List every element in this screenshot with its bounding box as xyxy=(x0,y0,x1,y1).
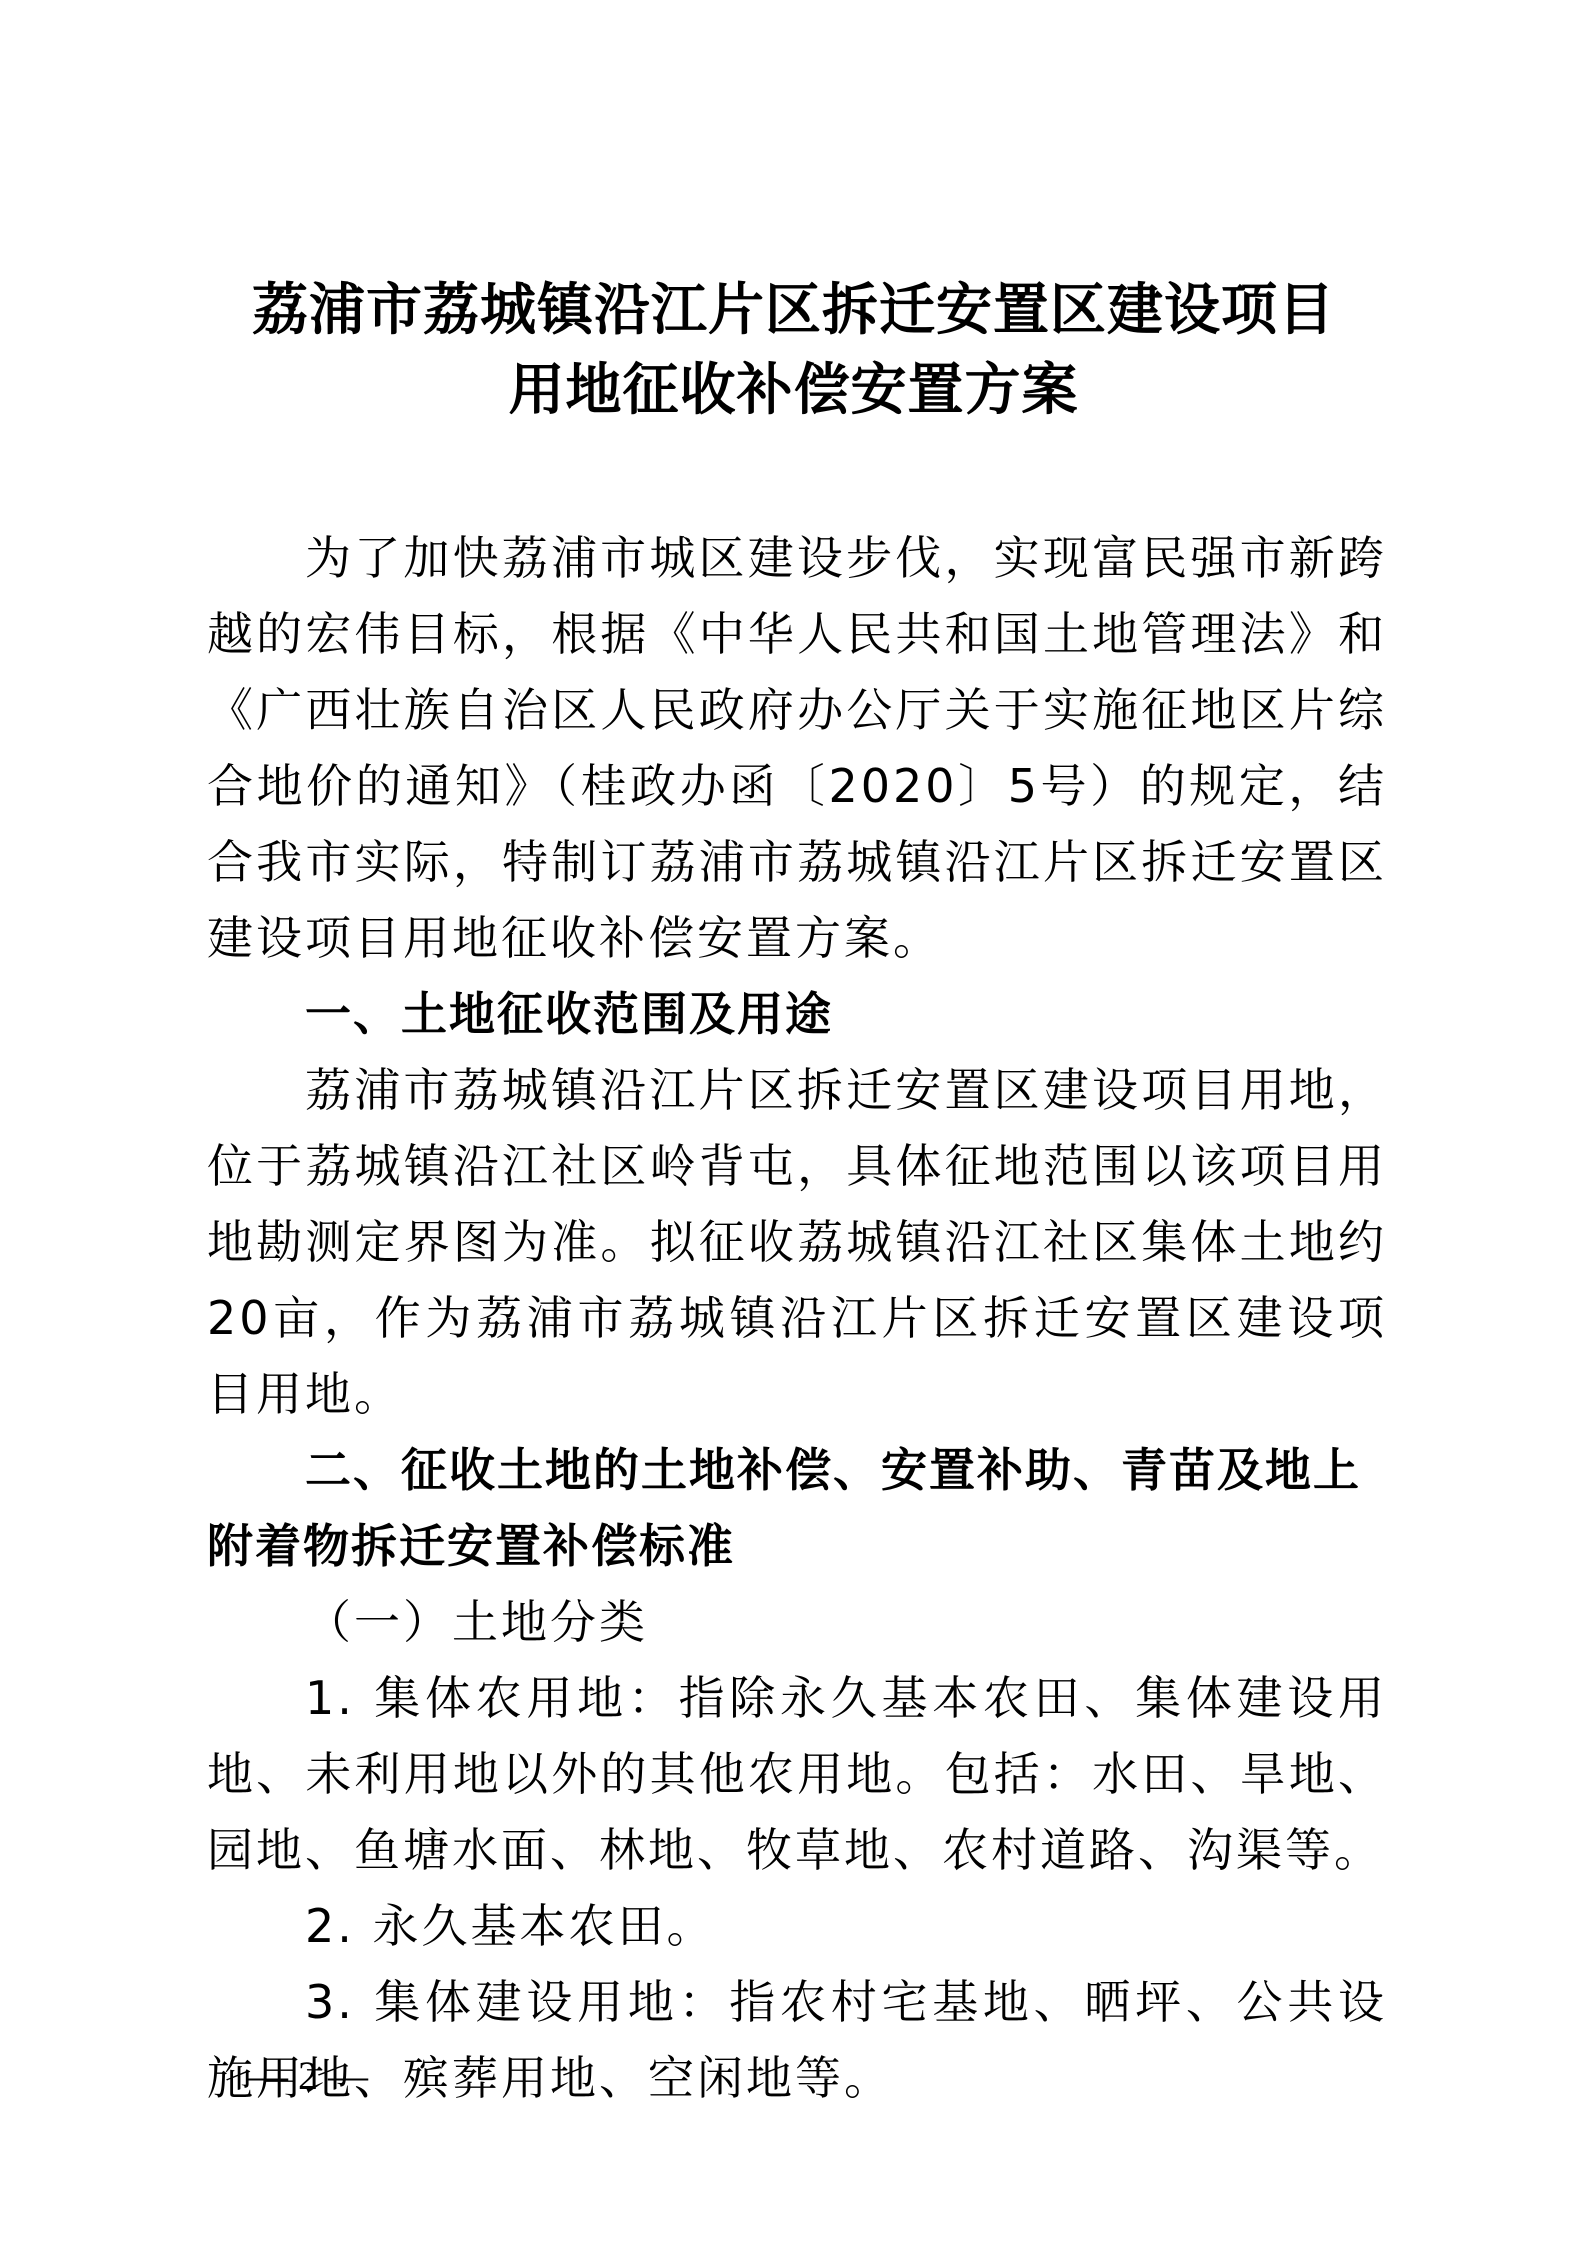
intro-paragraph: 为了加快荔浦市城区建设步伐，实现富民强市新跨越的宏伟目标，根据《中华人民共和国土… xyxy=(207,520,1387,976)
list-item-2: 2. 永久基本农田。 xyxy=(207,1888,1387,1964)
section-heading-1: 一、土地征收范围及用途 xyxy=(207,976,1387,1052)
document-title-line-1: 荔浦市荔城镇沿江片区拆迁安置区建设项目 xyxy=(0,270,1587,350)
document-page: 荔浦市荔城镇沿江片区拆迁安置区建设项目 用地征收补偿安置方案 为了加快荔浦市城区… xyxy=(0,0,1587,2245)
document-title-line-2: 用地征收补偿安置方案 xyxy=(0,350,1587,430)
subsection-heading-land-classification: （一）土地分类 xyxy=(207,1584,1387,1660)
document-body: 为了加快荔浦市城区建设步伐，实现富民强市新跨越的宏伟目标，根据《中华人民共和国土… xyxy=(207,520,1387,2116)
page-number: — 2 — xyxy=(248,2048,368,2104)
list-item-1: 1. 集体农用地：指除永久基本农田、集体建设用地、未利用地以外的其他农用地。包括… xyxy=(207,1660,1387,1888)
section-1-paragraph: 荔浦市荔城镇沿江片区拆迁安置区建设项目用地，位于荔城镇沿江社区岭背屯，具体征地范… xyxy=(207,1052,1387,1432)
list-item-3: 3. 集体建设用地：指农村宅基地、晒坪、公共设施用地、殡葬用地、空闲地等。 xyxy=(207,1964,1387,2116)
section-heading-2: 二、征收土地的土地补偿、安置补助、青苗及地上附着物拆迁安置补偿标准 xyxy=(207,1432,1387,1584)
